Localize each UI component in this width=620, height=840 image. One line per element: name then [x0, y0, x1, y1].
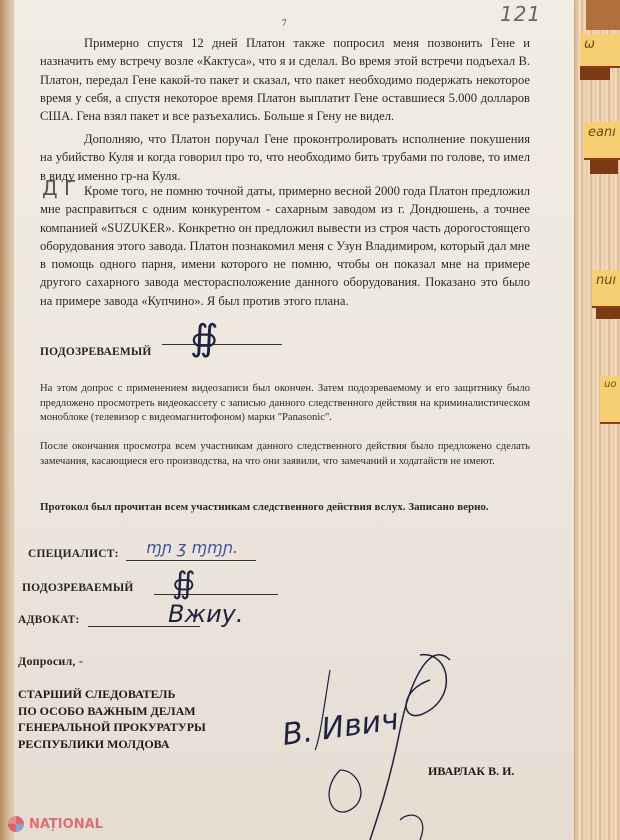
closing-paragraph: На этом допрос с применением видеозаписи… [40, 382, 530, 426]
suspect-signature-2: ∯ [172, 566, 196, 601]
paragraph-text: Примерно спустя 12 дней Платон также поп… [40, 36, 530, 123]
sticky-tab: ω [580, 34, 620, 66]
folder-divider [590, 160, 618, 174]
sticky-tab: eanı [584, 122, 620, 158]
paragraph: Кроме того, не помню точной даты, пример… [40, 182, 530, 310]
suspect-signature-label: ПОДОЗРЕВАЕМЫЙ [40, 346, 152, 358]
watermark-text: NAȚIONAL [29, 817, 103, 832]
specialist-label: СПЕЦИАЛИСТ: [28, 548, 119, 560]
watermark: NAȚIONAL [8, 816, 103, 832]
title-line: СТАРШИЙ СЛЕДОВАТЕЛЬ [18, 686, 206, 703]
closing-paragraph: После окончания просмотра всем участника… [40, 440, 530, 469]
suspect-label: ПОДОЗРЕВАЕМЫЙ [22, 582, 134, 594]
sticky-tab: nuı [592, 270, 620, 306]
title-line: ПО ОСОБО ВАЖНЫМ ДЕЛАМ [18, 703, 206, 720]
lawyer-label: АДВОКАТ: [18, 614, 80, 626]
national-logo-icon [8, 816, 24, 832]
signature-stroke [300, 640, 470, 840]
signature-line [162, 344, 282, 345]
suspect-signature: ∯ [190, 318, 218, 359]
paragraph-text: Дополняю, что Платон поручал Гене прокон… [40, 132, 530, 183]
page-number: 7 [282, 18, 287, 28]
paragraph-text: Протокол был прочитан всем участникам сл… [40, 501, 489, 513]
closing-paragraph: Протокол был прочитан всем участникам сл… [40, 500, 530, 515]
folder-divider [596, 305, 620, 319]
sticky-tab: uo [600, 376, 620, 422]
paragraph-text: После окончания просмотра всем участника… [40, 441, 530, 467]
handwritten-page-number: 121 [500, 2, 541, 26]
paragraph-text: Кроме того, не помню точной даты, пример… [40, 184, 530, 308]
paragraph: Дополняю, что Платон поручал Гене прокон… [40, 130, 530, 185]
signature-line [126, 560, 256, 561]
paragraph-text: На этом допрос с применением видеозаписи… [40, 383, 530, 423]
investigator-name: ИВАРЛАК В. И. [428, 764, 514, 779]
folder-divider [580, 66, 610, 80]
wood-surface [586, 0, 620, 30]
interrogated-by: Допросил, - [18, 654, 83, 669]
paragraph: Примерно спустя 12 дней Платон также поп… [40, 34, 530, 125]
specialist-signature: ɱɲ ʒ ɱɱɲ. [146, 538, 238, 557]
lawyer-signature: Вжиу. [168, 600, 244, 628]
title-line: ГЕНЕРАЛЬНОЙ ПРОКУРАТУРЫ [18, 719, 206, 736]
title-line: РЕСПУБЛИКИ МОЛДОВА [18, 736, 206, 753]
investigator-title: СТАРШИЙ СЛЕДОВАТЕЛЬ ПО ОСОБО ВАЖНЫМ ДЕЛА… [18, 686, 206, 752]
